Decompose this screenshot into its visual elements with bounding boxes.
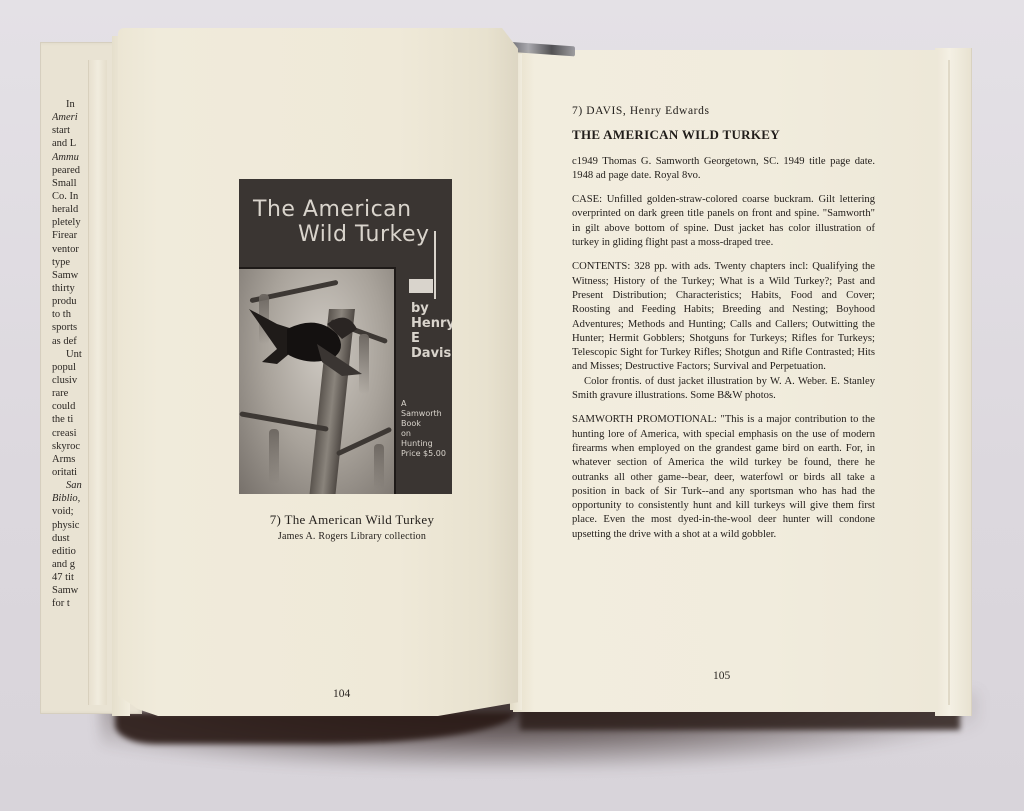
series-line: Book — [401, 419, 446, 429]
entry-imprint: c1949 Thomas G. Samworth Georgetown, SC.… — [572, 155, 875, 184]
plate-caption: 7) The American Wild Turkey James A. Rog… — [242, 512, 462, 542]
jacket-author-last: Davis — [399, 346, 449, 361]
series-line: on — [401, 429, 446, 439]
cover-edge — [88, 60, 107, 705]
page-number-left: 104 — [333, 688, 350, 700]
front-cover-edge — [935, 48, 972, 716]
jacket-by: by — [399, 301, 449, 316]
entry-heading: 7) DAVIS, Henry Edwards — [572, 104, 875, 118]
bibliography-entry: 7) DAVIS, Henry Edwards THE AMERICAN WIL… — [572, 104, 875, 552]
flying-turkey-icon — [247, 304, 367, 379]
publisher-badge-icon — [409, 279, 433, 293]
spanish-moss — [374, 444, 384, 489]
jacket-side-panel: by Henry E Davis — [399, 279, 449, 361]
dust-jacket-illustration: The American Wild Turkey by Henry — [239, 179, 452, 494]
jacket-title: The American Wild Turkey — [253, 197, 430, 247]
caption-title: 7) The American Wild Turkey — [242, 512, 462, 528]
jacket-price: Price $5.00 — [401, 449, 446, 459]
entry-promotional: SAMWORTH PROMOTIONAL: "This is a major c… — [572, 413, 875, 542]
cover-crease — [948, 60, 950, 705]
spanish-moss — [269, 429, 279, 484]
series-line: Hunting — [401, 439, 446, 449]
caption-credit: James A. Rogers Library collection — [242, 531, 462, 542]
entry-illustrations: Color frontis. of dust jacket illustrati… — [572, 375, 875, 404]
series-line: A — [401, 399, 446, 409]
entry-contents: CONTENTS: 328 pp. with ads. Twenty chapt… — [572, 260, 875, 374]
page-number-right: 105 — [713, 670, 730, 682]
turkey-tree-artwork — [239, 267, 396, 494]
jacket-series-text: A Samworth Book on Hunting Price $5.00 — [401, 399, 446, 459]
jacket-title-line2: Wild Turkey — [253, 222, 430, 247]
jacket-title-line1: The American — [253, 197, 412, 222]
entry-title: THE AMERICAN WILD TURKEY — [572, 128, 875, 142]
jacket-author-first: Henry — [399, 316, 449, 331]
photo-scene: InAmeristartand LAmmupearedSmallCo. Inhe… — [0, 0, 1024, 811]
tree-branch — [239, 411, 329, 432]
series-line: Samworth — [401, 409, 446, 419]
jacket-author-initial: E — [399, 331, 449, 346]
entry-case: CASE: Unfilled golden-straw-colored coar… — [572, 193, 875, 250]
